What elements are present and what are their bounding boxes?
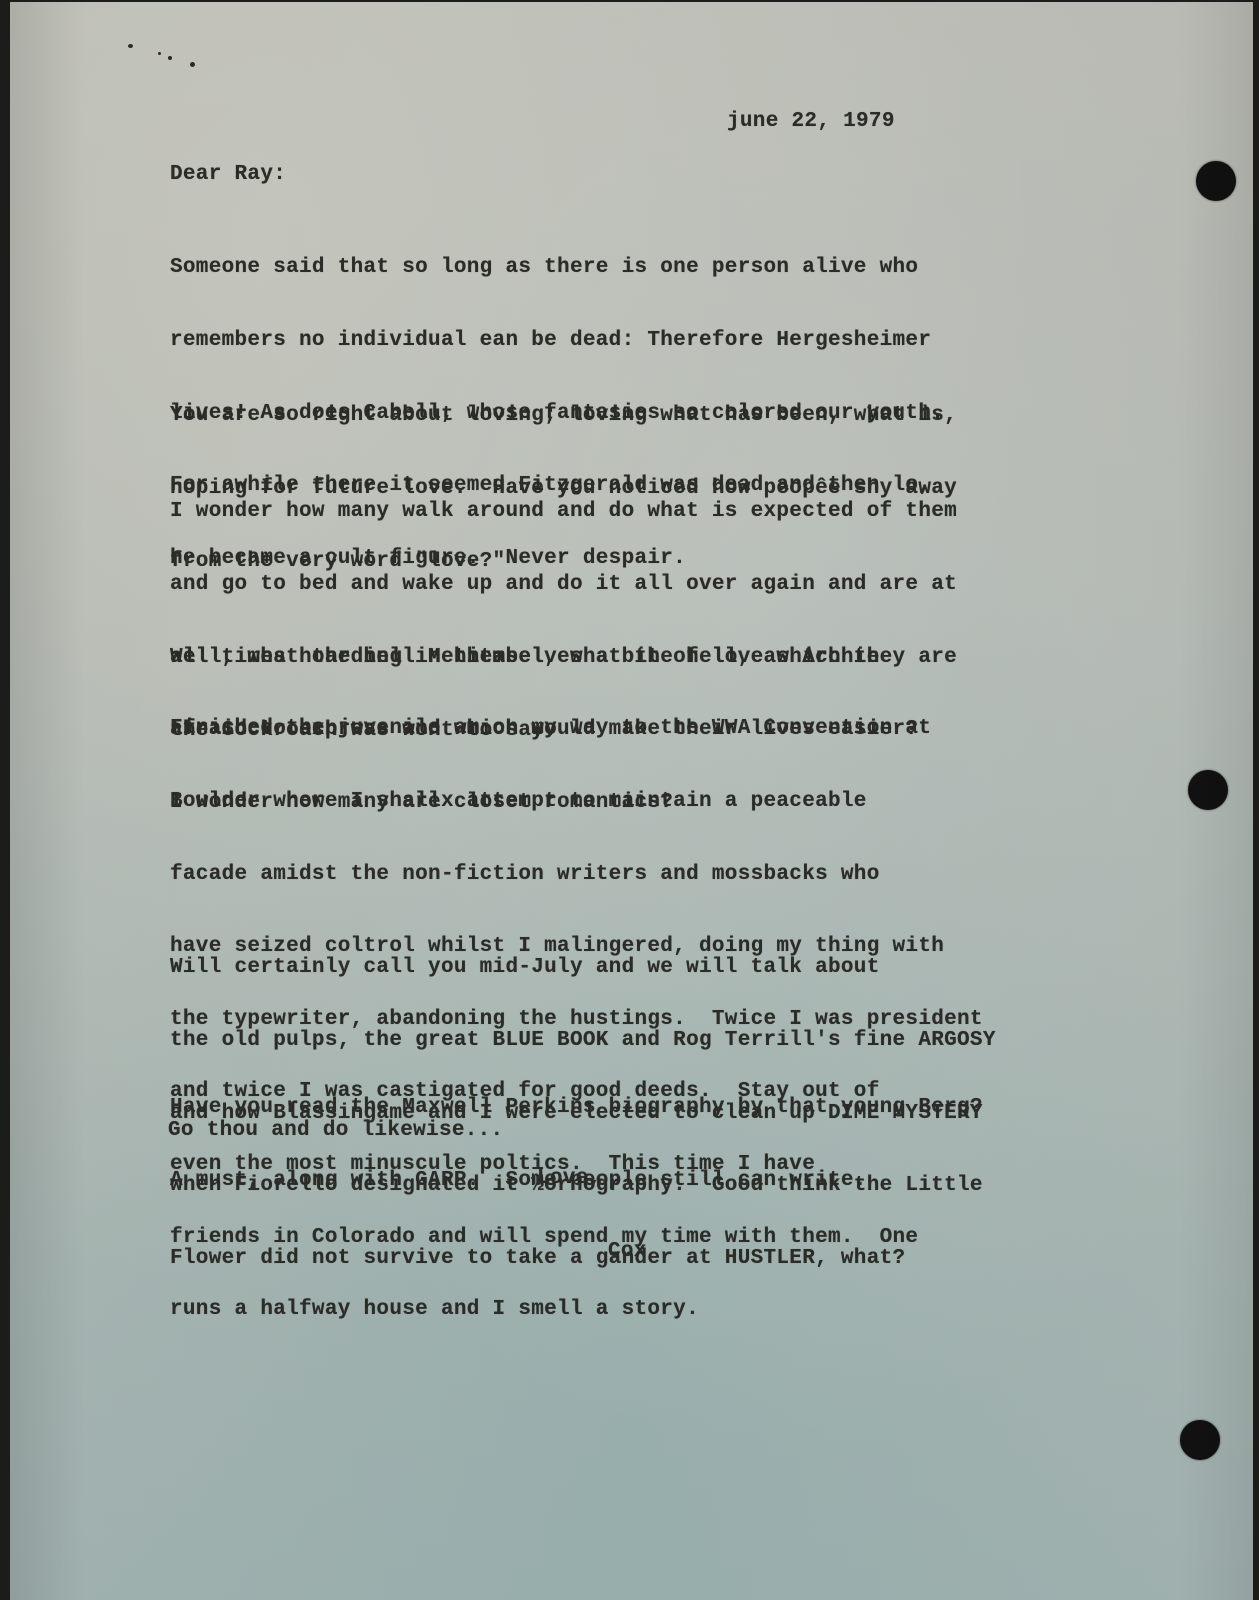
signoff: Love, <box>537 1167 602 1191</box>
text-line: remembers no individual ean be dead: The… <box>170 329 944 353</box>
text-line: You are so right about loving; loving wh… <box>170 404 957 428</box>
paragraph-7: Have you read the Maxwell Perkins biogra… <box>170 1048 983 1242</box>
punch-hole-bottom <box>1180 1420 1220 1460</box>
text-line: facade amidst the non-fiction writers an… <box>170 863 983 887</box>
text-line: Have you read the Maxwell Perkins biogra… <box>170 1096 983 1120</box>
letter-page: june 22, 1979 Dear Ray: Someone said tha… <box>10 2 1253 1600</box>
text-line: Well, what the hell Mehitabel, what the … <box>170 646 880 670</box>
text-line: Boulder where I shallx attempt to mainta… <box>170 790 983 814</box>
text-line: Flower did not survive to take a gander … <box>170 1247 996 1271</box>
punch-hole-top <box>1196 161 1236 201</box>
text-line: I wonder how many walk around and do wha… <box>170 500 957 524</box>
salutation: Dear Ray: <box>170 163 286 187</box>
text-line: Someone said that so long as there is on… <box>170 256 944 280</box>
punch-hole-middle <box>1188 770 1228 810</box>
text-line: and go to bed and wake up and do it all … <box>170 573 957 597</box>
closing-line: Go thou and do likewise... <box>168 1119 503 1143</box>
signature: Cox <box>608 1240 647 1264</box>
letter-date: june 22, 1979 <box>727 110 895 134</box>
text-line: Will certainly call you mid-July and we … <box>170 956 996 980</box>
text-line: Finished the juvenile am on my way to th… <box>170 717 983 741</box>
ink-specks <box>128 42 208 72</box>
